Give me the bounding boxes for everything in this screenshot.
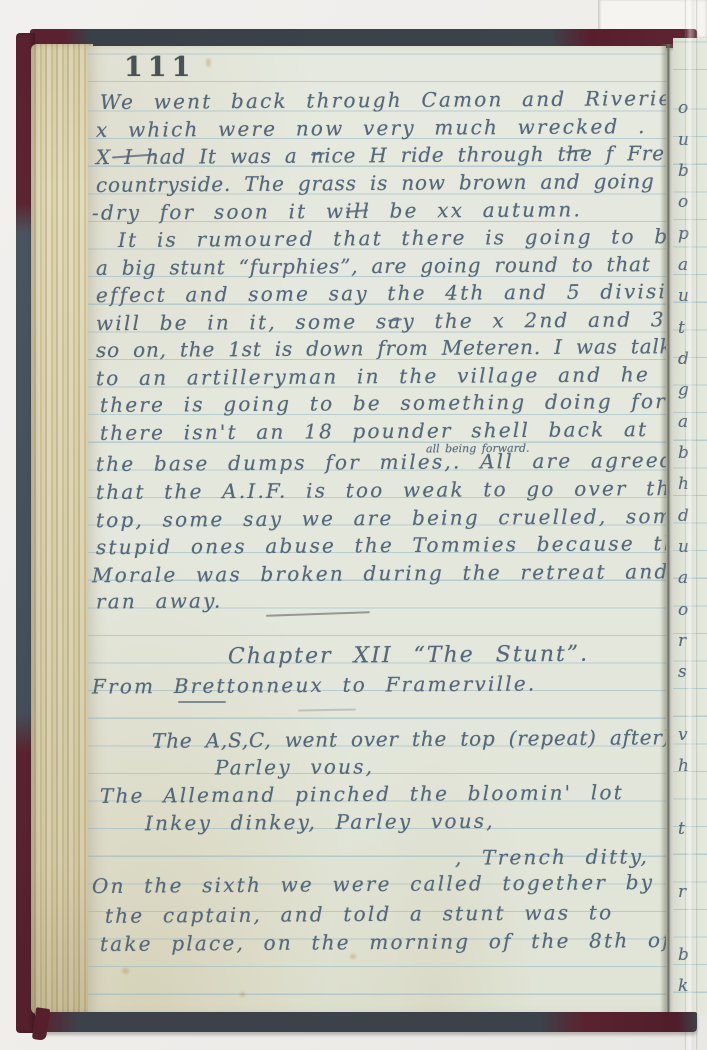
handwritten-line: to an artilleryman in the village and he… (96, 362, 666, 390)
handwritten-line: that the A.I.F. is too weak to go over t… (96, 476, 666, 504)
handwritten-line: X I had It was a nice H ride through the… (96, 141, 666, 169)
handwritten-line: The Allemand pinched the bloomin' lot (100, 780, 624, 808)
cover-corner-leather (32, 1007, 50, 1041)
handwritten-line: Parley vous, (215, 754, 374, 779)
handwritten-line: will be in it, some say the x 2nd and 3r… (96, 307, 666, 336)
handwritten-line: Morale was broken during the retreat and… (92, 559, 666, 588)
handwritten-line: countryside. The grass is now brown and … (96, 169, 655, 197)
handwritten-line: It is rumoured that there is going to be (118, 224, 666, 252)
handwritten-line: take place, on the morning of the 8th of (100, 928, 666, 956)
handwritten-line: -dry for soon it will be xx autumn. (92, 197, 582, 224)
foxing-spot (122, 968, 129, 974)
handwritten-line: , Trench ditty, (455, 844, 649, 869)
text-fragment: r (678, 631, 686, 651)
handwritten-line: the captain, and told a stunt was to (105, 900, 613, 928)
handwritten-line: The A,S,C, went over the top (repeat) af… (152, 725, 666, 753)
book-cover-bottom-edge (40, 1012, 697, 1032)
text-fragment: t (678, 819, 685, 839)
foxing-spot (240, 992, 245, 997)
handwritten-line: so on, the 1st is down from Meteren. I w… (96, 334, 666, 362)
diary-photo-scene: 111 We went back through Camon and River… (0, 0, 707, 1050)
handwritten-line: a big stunt “furphies”, are going round … (96, 252, 651, 280)
diary-page: 111 We went back through Camon and River… (88, 46, 666, 1014)
handwritten-line: From Brettonneux to Framerville. (92, 671, 537, 698)
handwritten-line: stupid ones abuse the Tommies because th… (96, 531, 666, 559)
handwritten-line: the base dumps for miles,. All are agree… (96, 448, 666, 476)
handwritten-line: there is going to be something doing for (100, 389, 666, 417)
handwritten-line: We went back through Camon and Riverie, (100, 86, 666, 114)
handwritten-line: Chapter XII “The Stunt”. (228, 642, 589, 670)
handwritten-line: there isn't an 18 pounder shell back at (100, 417, 649, 445)
foxing-spot (206, 58, 211, 67)
text-fragment: t (678, 318, 685, 338)
page-number-stamp: 111 (124, 52, 195, 83)
ink-underline (178, 701, 226, 703)
handwritten-line: Inkey dinkey, Parley vous, (145, 809, 495, 835)
handwritten-line: top, some say we are being cruelled, som… (96, 504, 666, 532)
foxing-spot (350, 954, 356, 959)
foxing-spot (196, 294, 200, 299)
page-edge-stack (31, 44, 93, 1014)
handwritten-line: ran away. (96, 589, 223, 614)
text-fragment: r (678, 882, 686, 902)
page-gutter-shadow (660, 44, 674, 1014)
handwritten-line: effect and some say the 4th and 5 divisi… (96, 279, 666, 307)
handwritten-line: On the sixth we were called together by (92, 870, 654, 898)
handwritten-line: x which were now very much wrecked . (96, 114, 647, 142)
scan-glass-strip (686, 0, 696, 1050)
